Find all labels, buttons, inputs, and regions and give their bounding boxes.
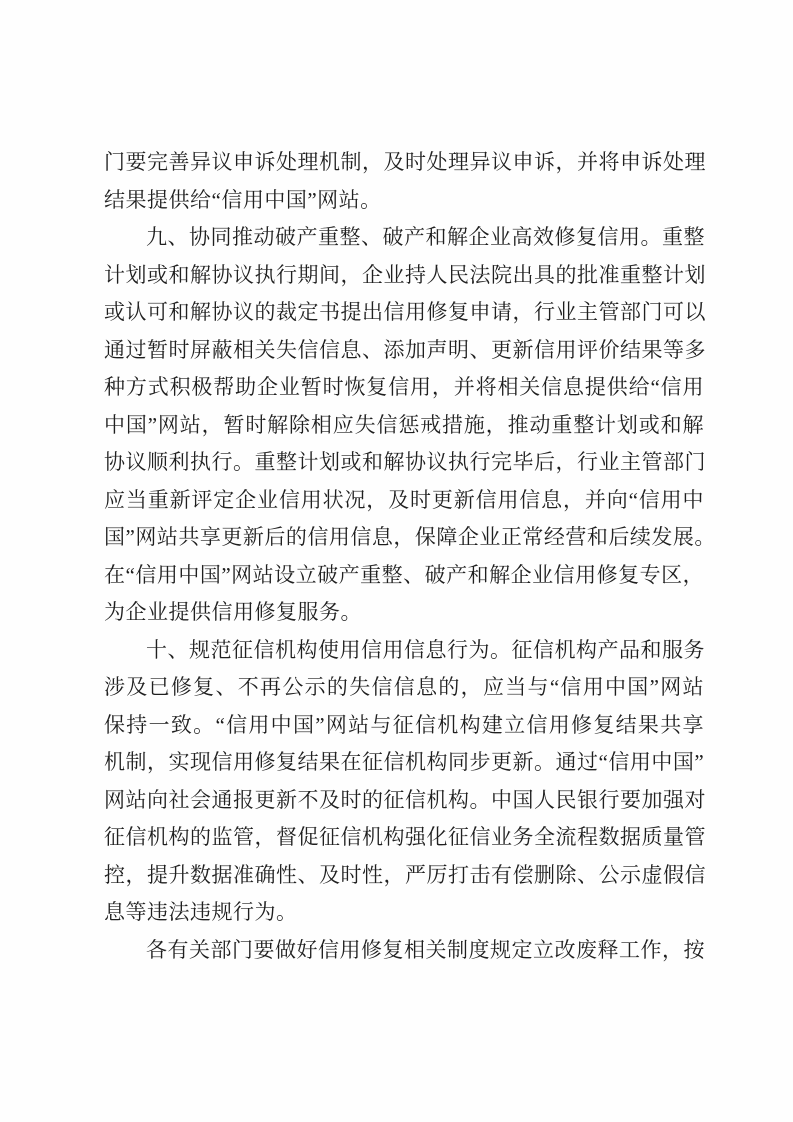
text-line: 各有关部门要做好信用修复相关制度规定立改废释工作，按 — [104, 932, 704, 970]
text-line: 保持一致。“信用中国”网站与征信机构建立信用修复结果共享 — [104, 707, 704, 745]
text-line: 在“信用中国”网站设立破产重整、破产和解企业信用修复专区， — [104, 557, 704, 595]
paragraph: 十、规范征信机构使用信用信息行为。征信机构产品和服务涉及已修复、不再公示的失信信… — [104, 632, 704, 932]
text-line: 九、协同推动破产重整、破产和解企业高效修复信用。重整 — [104, 219, 704, 257]
document-body: 门要完善异议申诉处理机制，及时处理异议申诉，并将申诉处理结果提供给“信用中国”网… — [104, 144, 704, 969]
paragraph: 九、协同推动破产重整、破产和解企业高效修复信用。重整计划或和解协议执行期间，企业… — [104, 219, 704, 632]
text-line: 征信机构的监管，督促征信机构强化征信业务全流程数据质量管 — [104, 819, 704, 857]
text-line: 国”网站共享更新后的信用信息，保障企业正常经营和后续发展。 — [104, 519, 704, 557]
text-line: 涉及已修复、不再公示的失信信息的，应当与“信用中国”网站 — [104, 669, 704, 707]
text-line: 计划或和解协议执行期间，企业持人民法院出具的批准重整计划 — [104, 257, 704, 295]
text-line: 十、规范征信机构使用信用信息行为。征信机构产品和服务 — [104, 632, 704, 670]
text-line: 或认可和解协议的裁定书提出信用修复申请，行业主管部门可以 — [104, 294, 704, 332]
text-line: 通过暂时屏蔽相关失信信息、添加声明、更新信用评价结果等多 — [104, 332, 704, 370]
text-line: 门要完善异议申诉处理机制，及时处理异议申诉，并将申诉处理 — [104, 144, 704, 182]
text-line: 控，提升数据准确性、及时性，严厉打击有偿删除、公示虚假信 — [104, 857, 704, 895]
text-line: 应当重新评定企业信用状况，及时更新信用信息，并向“信用中 — [104, 482, 704, 520]
paragraph: 门要完善异议申诉处理机制，及时处理异议申诉，并将申诉处理结果提供给“信用中国”网… — [104, 144, 704, 219]
text-line: 种方式积极帮助企业暂时恢复信用，并将相关信息提供给“信用 — [104, 369, 704, 407]
paragraph: 各有关部门要做好信用修复相关制度规定立改废释工作，按 — [104, 932, 704, 970]
text-line: 为企业提供信用修复服务。 — [104, 594, 704, 632]
text-line: 机制，实现信用修复结果在征信机构同步更新。通过“信用中国” — [104, 744, 704, 782]
document-page: 门要完善异议申诉处理机制，及时处理异议申诉，并将申诉处理结果提供给“信用中国”网… — [0, 0, 793, 1122]
text-line: 息等违法违规行为。 — [104, 894, 704, 932]
text-line: 结果提供给“信用中国”网站。 — [104, 182, 704, 220]
text-line: 中国”网站，暂时解除相应失信惩戒措施，推动重整计划或和解 — [104, 407, 704, 445]
text-line: 网站向社会通报更新不及时的征信机构。中国人民银行要加强对 — [104, 782, 704, 820]
text-line: 协议顺利执行。重整计划或和解协议执行完毕后，行业主管部门 — [104, 444, 704, 482]
